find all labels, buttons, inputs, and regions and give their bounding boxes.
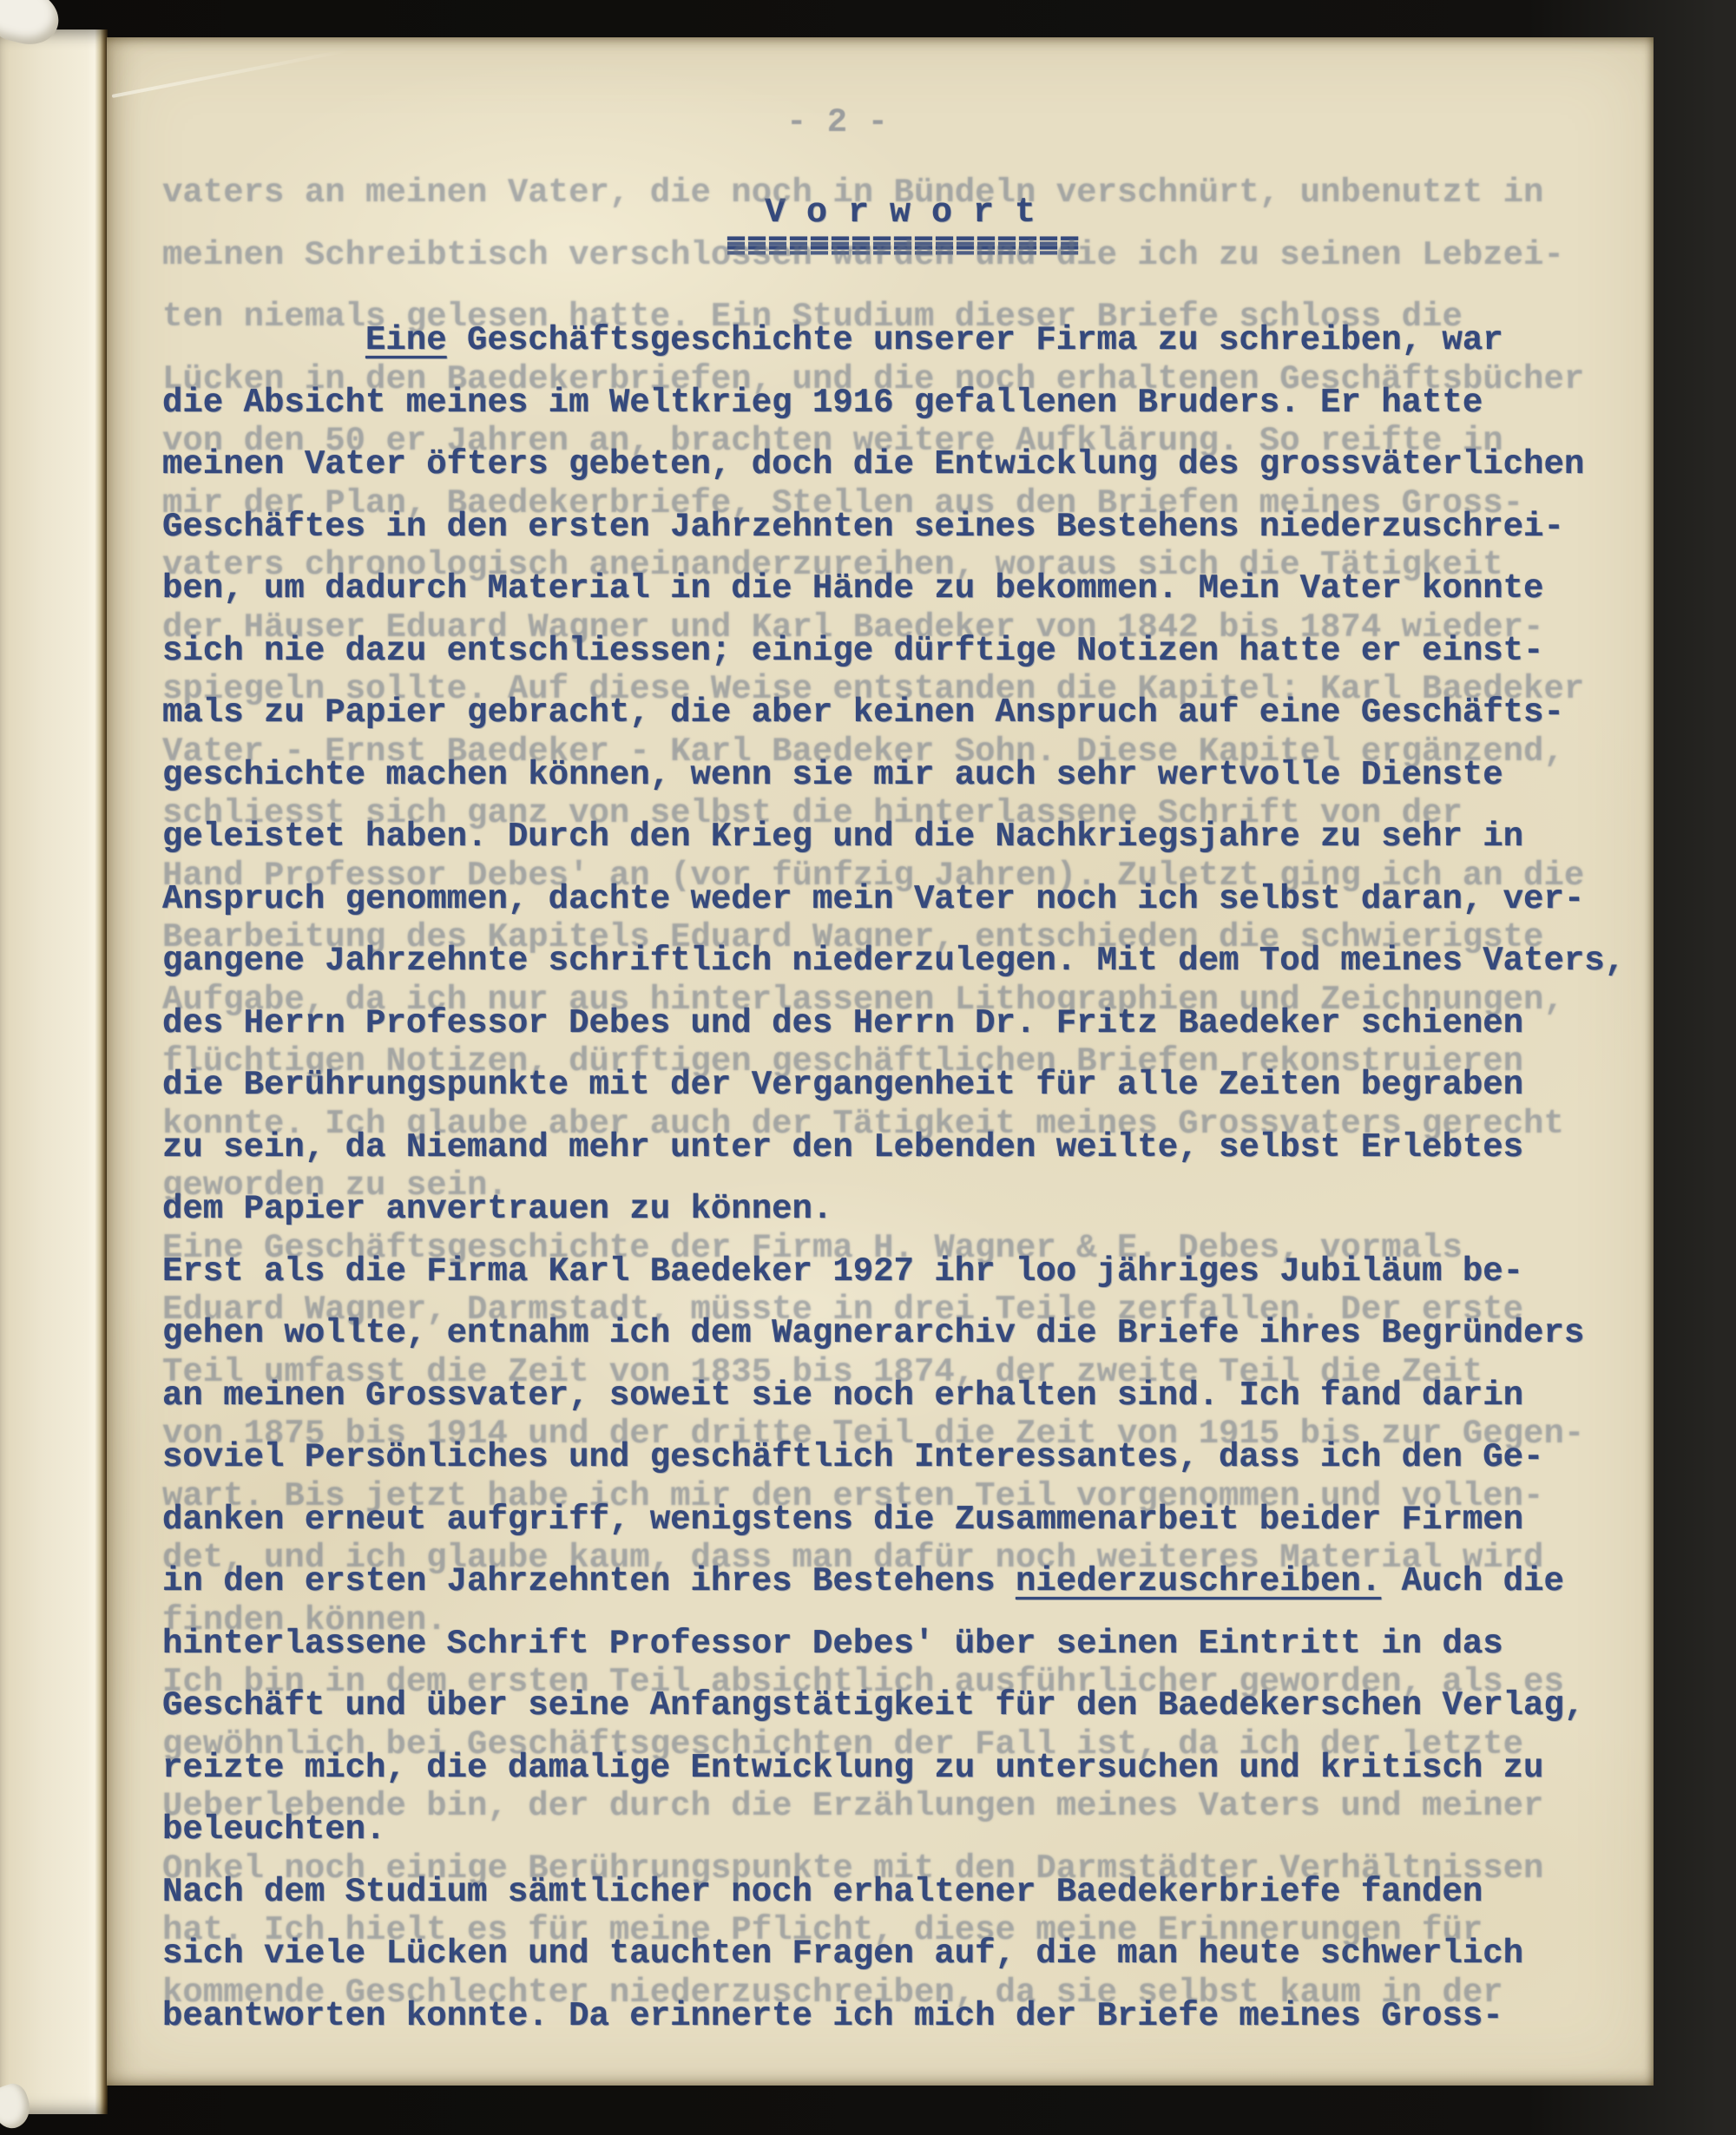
document-page: - 2 - V o r w o r t ================= va… — [107, 37, 1654, 2086]
scan-background: { "page": { "number_label": "- 2 -", "ti… — [0, 0, 1736, 2135]
typed-line: ben, um dadurch Material in die Hände zu… — [162, 569, 1543, 608]
typed-line: hinterlassene Schrift Professor Debes' ü… — [162, 1625, 1503, 1663]
typed-line: sich viele Lücken und tauchten Fragen au… — [162, 1935, 1523, 1973]
typed-line: Eine Geschäftsgeschichte unserer Firma z… — [162, 321, 1503, 359]
typed-line: meinen Vater öfters gebeten, doch die En… — [162, 445, 1584, 483]
typed-line: beantworten konnte. Da erinnerte ich mic… — [162, 1997, 1503, 2035]
show-through-line: vaters an meinen Vater, die noch in Bünd… — [162, 174, 1543, 212]
typed-line: dem Papier anvertrauen zu können. — [162, 1190, 832, 1228]
typed-line: soviel Persönliches und geschäftlich Int… — [162, 1438, 1543, 1476]
paper-fold-highlight — [112, 49, 352, 98]
typed-line: reizte mich, die damalige Entwicklung zu… — [162, 1749, 1543, 1787]
typed-line: in den ersten Jahrzehnten ihres Bestehen… — [162, 1562, 1564, 1600]
typed-line: beleuchten. — [162, 1810, 385, 1849]
typed-line: danken erneut aufgriff, wenigstens die Z… — [162, 1501, 1523, 1539]
typed-line: zu sein, da Niemand mehr unter den Leben… — [162, 1128, 1523, 1166]
show-through-line: meinen Schreibtisch verschlossen wurden … — [162, 236, 1564, 274]
typed-line: die Berührungspunkte mit der Vergangenhe… — [162, 1066, 1523, 1104]
typed-line: Erst als die Firma Karl Baedeker 1927 ih… — [162, 1252, 1523, 1291]
book-gutter-page-edge — [0, 30, 108, 2114]
typed-line: gangene Jahrzehnte schriftlich niederzul… — [162, 942, 1625, 980]
typed-line: Geschäftes in den ersten Jahrzehnten sei… — [162, 508, 1564, 546]
typed-line: an meinen Grossvater, soweit sie noch er… — [162, 1376, 1523, 1415]
typed-line: Anspruch genommen, dachte weder mein Vat… — [162, 880, 1584, 918]
typed-line: mals zu Papier gebracht, die aber keinen… — [162, 693, 1564, 732]
typed-line: geschichte machen können, wenn sie mir a… — [162, 756, 1503, 794]
page-number: - 2 - — [786, 103, 888, 141]
typed-line: Geschäft und über seine Anfangstätigkeit… — [162, 1686, 1584, 1724]
typed-line: gehen wollte, entnahm ich dem Wagnerarch… — [162, 1314, 1584, 1352]
typed-line: geleistet haben. Durch den Krieg und die… — [162, 818, 1523, 856]
typed-line: die Absicht meines im Weltkrieg 1916 gef… — [162, 384, 1483, 422]
typed-line: sich nie dazu entschliessen; einige dürf… — [162, 632, 1543, 670]
typed-line: des Herrn Professor Debes und des Herrn … — [162, 1004, 1523, 1042]
typed-line: Nach dem Studium sämtlicher noch erhalte… — [162, 1873, 1483, 1911]
